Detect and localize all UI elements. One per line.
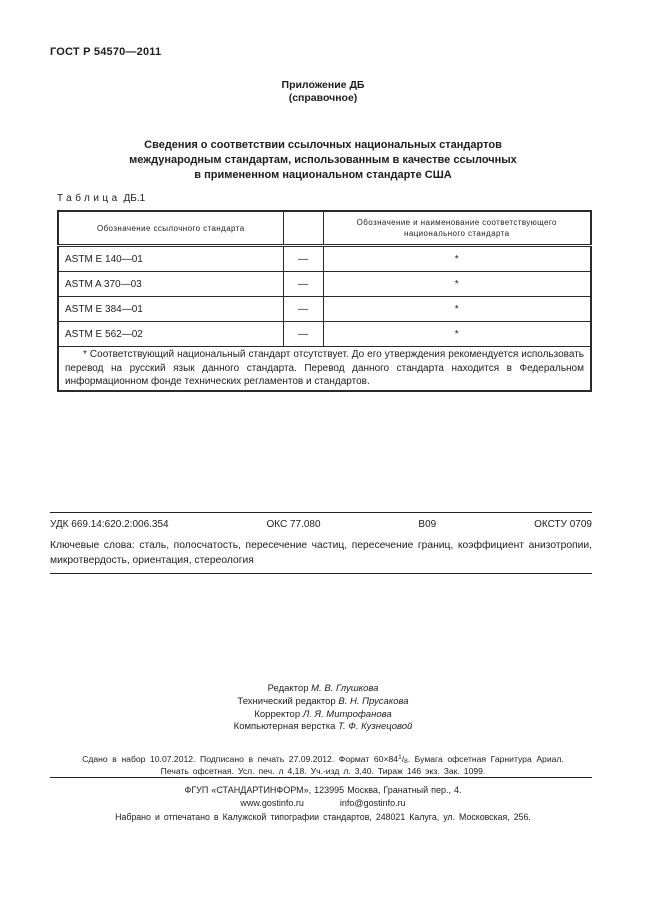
cell-standard-ref: ASTM E 562—02: [58, 322, 283, 347]
credit-role: Корректор: [254, 709, 300, 720]
imprint-line-1: Сдано в набор 10.07.2012. Подписано в пе…: [44, 754, 602, 765]
table-caption-number: ДБ.1: [124, 193, 146, 204]
credit-line: Компьютерная верстка Т. Ф. Кузнецовой: [0, 721, 646, 734]
cell-standard-ref: ASTM A 370—03: [58, 272, 283, 297]
cell-standard-ref: ASTM E 384—01: [58, 297, 283, 322]
table-row: ASTM E 562—02 — *: [58, 322, 591, 347]
imprint-line-2: Печать офсетная. Усл. печ. л 4,18. Уч.-и…: [0, 766, 646, 776]
table-footnote-row: * Соответствующий национальный стандарт …: [58, 347, 591, 391]
okp-code: В09: [418, 519, 436, 530]
cell-asterisk: *: [323, 246, 591, 272]
cell-dash: —: [283, 297, 323, 322]
divider: [50, 573, 592, 574]
cell-dash: —: [283, 272, 323, 297]
credit-line: Редактор М. В. Глушкова: [0, 683, 646, 696]
email-text: info@gostinfo.ru: [340, 798, 406, 808]
table-footnote: * Соответствующий национальный стандарт …: [58, 347, 591, 391]
title-line: в примененном национальном стандарте США: [50, 168, 596, 183]
credit-name: В. Н. Прусакова: [338, 696, 408, 707]
credit-role: Компьютерная верстка: [234, 721, 336, 732]
col-header-middle: [283, 211, 323, 246]
cell-asterisk: *: [323, 322, 591, 347]
divider: [50, 777, 592, 778]
annex-subtitle: (справочное): [0, 92, 646, 105]
udk-code: УДК 669.14:620.2:006.354: [50, 519, 169, 530]
table-row: ASTM A 370—03 — *: [58, 272, 591, 297]
printing-house-line: Набрано и отпечатано в Калужской типогра…: [0, 812, 646, 822]
divider: [50, 512, 592, 513]
title-line: международным стандартам, использованным…: [50, 153, 596, 168]
credit-line: Технический редактор В. Н. Прусакова: [0, 696, 646, 709]
oks-code: ОКС 77.080: [266, 519, 320, 530]
credit-name: М. В. Глушкова: [311, 683, 378, 694]
publisher-contacts: www.gostinfo.ru info@gostinfo.ru: [0, 798, 646, 808]
cell-asterisk: *: [323, 297, 591, 322]
title-line: Сведения о соответствии ссылочных национ…: [50, 138, 596, 153]
table-row: ASTM E 384—01 — *: [58, 297, 591, 322]
credits-block: Редактор М. В. Глушкова Технический реда…: [0, 683, 646, 734]
standards-correspondence-table: Обозначение ссылочного стандарта Обознач…: [57, 210, 592, 392]
page-title: Сведения о соответствии ссылочных национ…: [50, 138, 596, 183]
col-header-national-standard: Обозначение и наименование соответствующ…: [323, 211, 591, 246]
col-header-reference-standard: Обозначение ссылочного стандарта: [58, 211, 283, 246]
cell-dash: —: [283, 246, 323, 272]
annex-heading: Приложение ДБ (справочное): [0, 79, 646, 105]
classification-codes-row: УДК 669.14:620.2:006.354 ОКС 77.080 В09 …: [50, 519, 592, 530]
cell-dash: —: [283, 322, 323, 347]
table-caption-word: Таблица: [57, 193, 121, 204]
publisher-line: ФГУП «СТАНДАРТИНФОРМ», 123995 Москва, Гр…: [0, 785, 646, 795]
table-header-row: Обозначение ссылочного стандарта Обознач…: [58, 211, 591, 246]
keywords-paragraph: Ключевые слова: сталь, полосчатость, пер…: [50, 538, 592, 568]
credit-role: Технический редактор: [237, 696, 335, 707]
credit-line: Корректор Л. Я. Митрофанова: [0, 709, 646, 722]
cell-asterisk: *: [323, 272, 591, 297]
imprint-line1-suffix: . Бумага офсетная Гарнитура Ариал.: [408, 754, 564, 764]
cell-standard-ref: ASTM E 140—01: [58, 246, 283, 272]
website-text: www.gostinfo.ru: [240, 798, 304, 808]
credit-name: Т. Ф. Кузнецовой: [338, 721, 412, 732]
table-row: ASTM E 140—01 — *: [58, 246, 591, 272]
okstu-code: ОКСТУ 0709: [534, 519, 592, 530]
imprint-line1-text: Сдано в набор 10.07.2012. Подписано в пе…: [82, 754, 398, 764]
annex-title: Приложение ДБ: [0, 79, 646, 92]
credit-role: Редактор: [268, 683, 309, 694]
document-page: ГОСТ Р 54570—2011 Приложение ДБ (справоч…: [0, 0, 646, 913]
table-caption: Таблица ДБ.1: [57, 193, 145, 204]
credit-name: Л. Я. Митрофанова: [303, 709, 392, 720]
doc-code: ГОСТ Р 54570—2011: [50, 46, 161, 58]
